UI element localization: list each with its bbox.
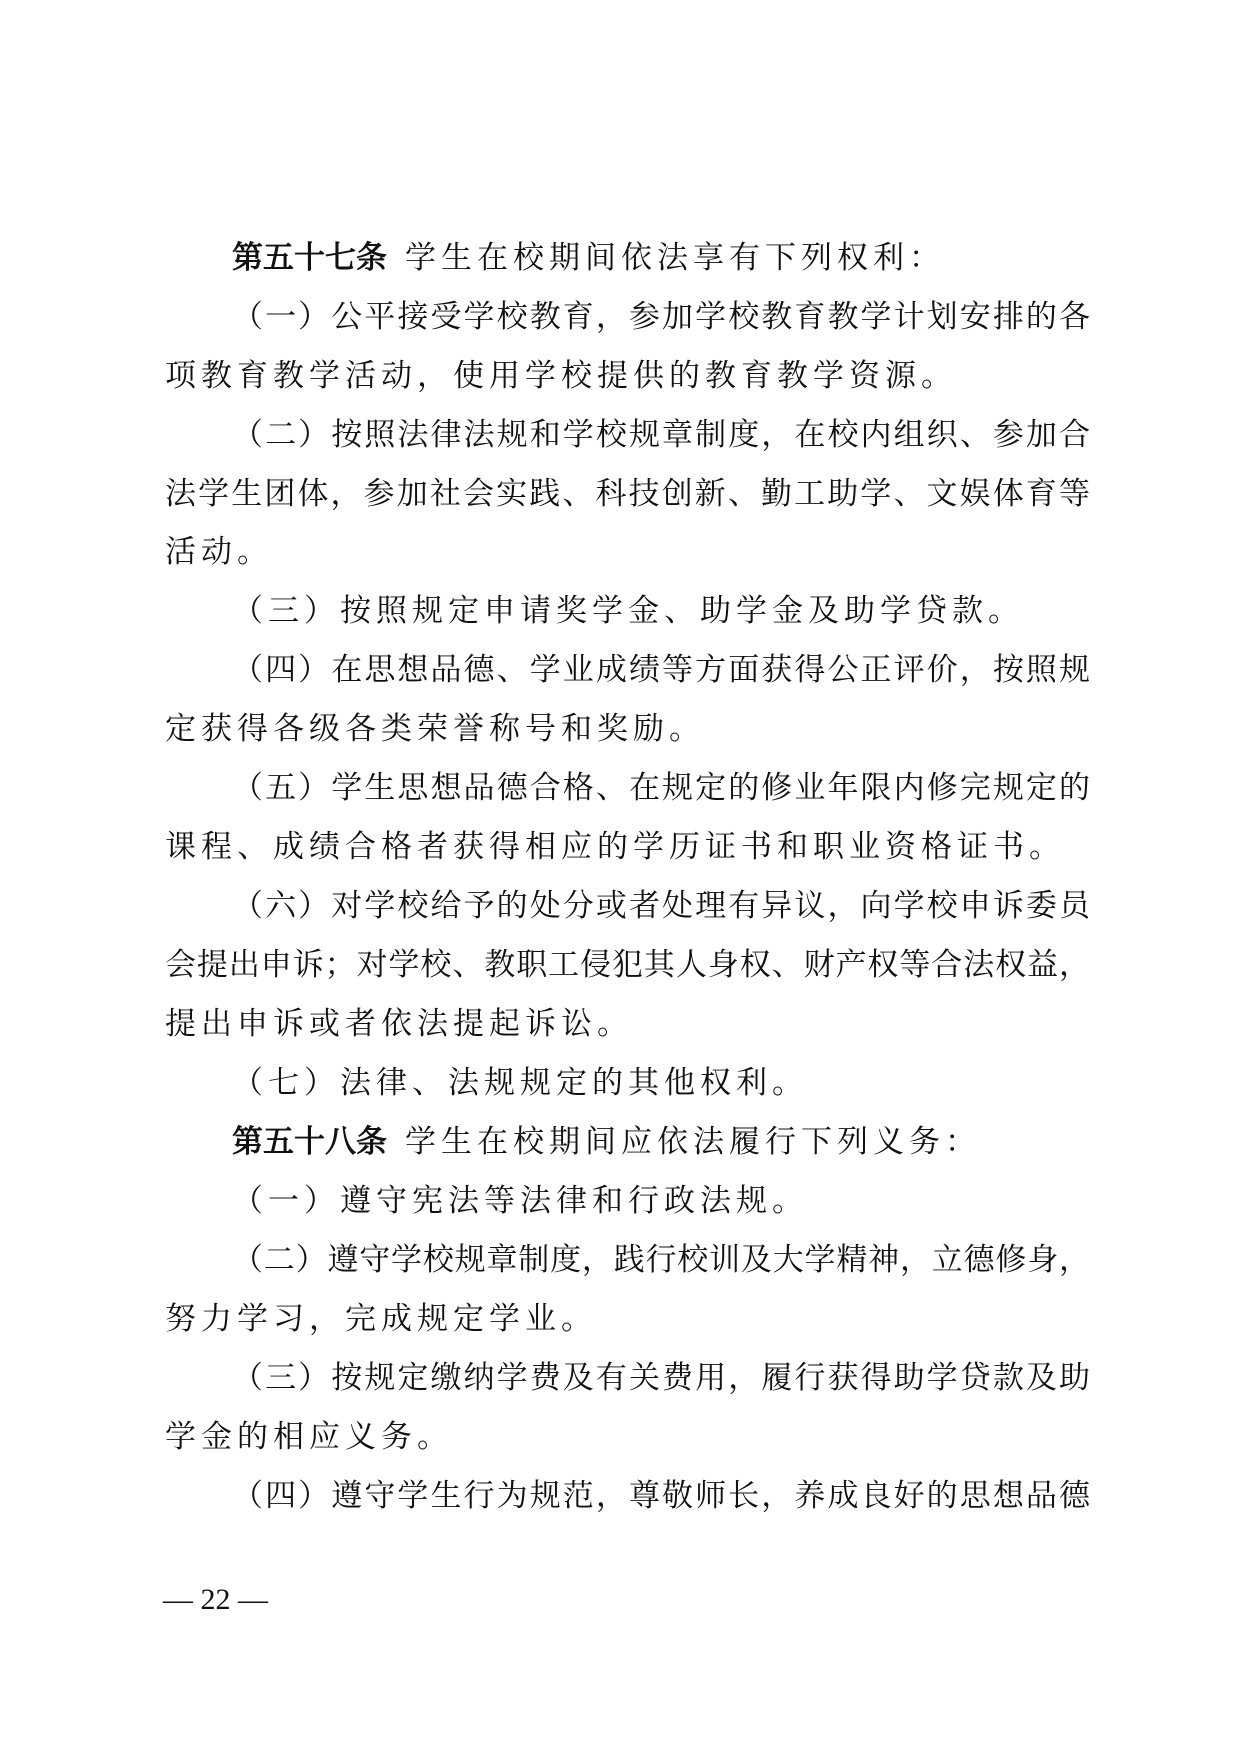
paragraph-line: （六）对学校给予的处分或者处理有异议，向学校申诉委员	[232, 881, 1090, 931]
text-line: 定获得各级各类荣誉称号和奖励。	[165, 711, 705, 747]
text-line: 课程、成绩合格者获得相应的学历证书和职业资格证书。	[165, 829, 1065, 865]
paragraph-line: 会提出申诉；对学校、教职工侵犯其人身权、财产权等合法权益，	[165, 940, 1090, 990]
text-line: 活动。	[165, 534, 273, 570]
text-line: （三）按照规定申请奖学金、助学金及助学贷款。	[232, 593, 1024, 629]
text-line: （二）遵守学校规章制度，践行校训及大学精神，立德修身，	[232, 1242, 1090, 1278]
text-line: （一）公平接受学校教育，参加学校教育教学计划安排的各	[232, 299, 1090, 335]
article-58-heading-line: 第五十八条学生在校期间应依法履行下列义务：	[232, 1117, 1090, 1167]
paragraph-line: 活动。	[165, 527, 1090, 577]
paragraph-line: （三）按照规定申请奖学金、助学金及助学贷款。	[232, 586, 1090, 636]
paragraph-line: （三）按规定缴纳学费及有关费用，履行获得助学贷款及助	[232, 1353, 1090, 1403]
paragraph-line: （七）法律、法规规定的其他权利。	[232, 1058, 1090, 1108]
text-line: 法学生团体，参加社会实践、科技创新、勤工助学、文娱体育等	[165, 476, 1090, 512]
paragraph-line: 定获得各级各类荣誉称号和奖励。	[165, 704, 1090, 754]
article-57-heading-line: 第五十七条学生在校期间依法享有下列权利：	[232, 233, 1090, 283]
article-57-heading: 第五十七条	[232, 240, 387, 276]
paragraph-line: （二）遵守学校规章制度，践行校训及大学精神，立德修身，	[232, 1235, 1090, 1285]
text-line: （七）法律、法规规定的其他权利。	[232, 1065, 808, 1101]
text-line: 提出申诉或者依法提起诉讼。	[165, 1006, 633, 1042]
text-line: 会提出申诉；对学校、教职工侵犯其人身权、财产权等合法权益，	[165, 947, 1090, 983]
paragraph-line: （四）遵守学生行为规范，尊敬师长，养成良好的思想品德	[232, 1471, 1090, 1521]
paragraph-line: （四）在思想品德、学业成绩等方面获得公正评价，按照规	[232, 645, 1090, 695]
text-line: （一）遵守宪法等法律和行政法规。	[232, 1183, 808, 1219]
page-number: — 22 —	[163, 1578, 268, 1622]
document-page: 第五十七条学生在校期间依法享有下列权利： （一）公平接受学校教育，参加学校教育教…	[0, 0, 1241, 1754]
paragraph-line: （二）按照法律法规和学校规章制度，在校内组织、参加合	[232, 410, 1090, 460]
paragraph-line: 课程、成绩合格者获得相应的学历证书和职业资格证书。	[165, 822, 1090, 872]
text-line: 努力学习，完成规定学业。	[165, 1301, 597, 1337]
paragraph-line: （五）学生思想品德合格、在规定的修业年限内修完规定的	[232, 763, 1090, 813]
paragraph-line: 法学生团体，参加社会实践、科技创新、勤工助学、文娱体育等	[165, 469, 1090, 519]
paragraph-line: 努力学习，完成规定学业。	[165, 1294, 1090, 1344]
text-line: （二）按照法律法规和学校规章制度，在校内组织、参加合	[232, 417, 1090, 453]
paragraph-line: 提出申诉或者依法提起诉讼。	[165, 999, 1090, 1049]
paragraph-line: （一）遵守宪法等法律和行政法规。	[232, 1176, 1090, 1226]
paragraph-line: 项教育教学活动，使用学校提供的教育教学资源。	[165, 351, 1090, 401]
paragraph-line: （一）公平接受学校教育，参加学校教育教学计划安排的各	[232, 292, 1090, 342]
text-line: （四）在思想品德、学业成绩等方面获得公正评价，按照规	[232, 652, 1090, 688]
paragraph-line: 学金的相应义务。	[165, 1412, 1090, 1462]
text-line: （三）按规定缴纳学费及有关费用，履行获得助学贷款及助	[232, 1360, 1090, 1396]
text-line: 项教育教学活动，使用学校提供的教育教学资源。	[165, 358, 957, 394]
text-line: 学金的相应义务。	[165, 1419, 453, 1455]
text-line: （五）学生思想品德合格、在规定的修业年限内修完规定的	[232, 770, 1090, 806]
article-58-heading: 第五十八条	[232, 1124, 387, 1160]
text-line: （六）对学校给予的处分或者处理有异议，向学校申诉委员	[232, 888, 1090, 924]
text-line: （四）遵守学生行为规范，尊敬师长，养成良好的思想品德	[232, 1478, 1090, 1514]
article-57-intro: 学生在校期间依法享有下列权利：	[405, 240, 945, 276]
article-58-intro: 学生在校期间应依法履行下列义务：	[405, 1124, 981, 1160]
